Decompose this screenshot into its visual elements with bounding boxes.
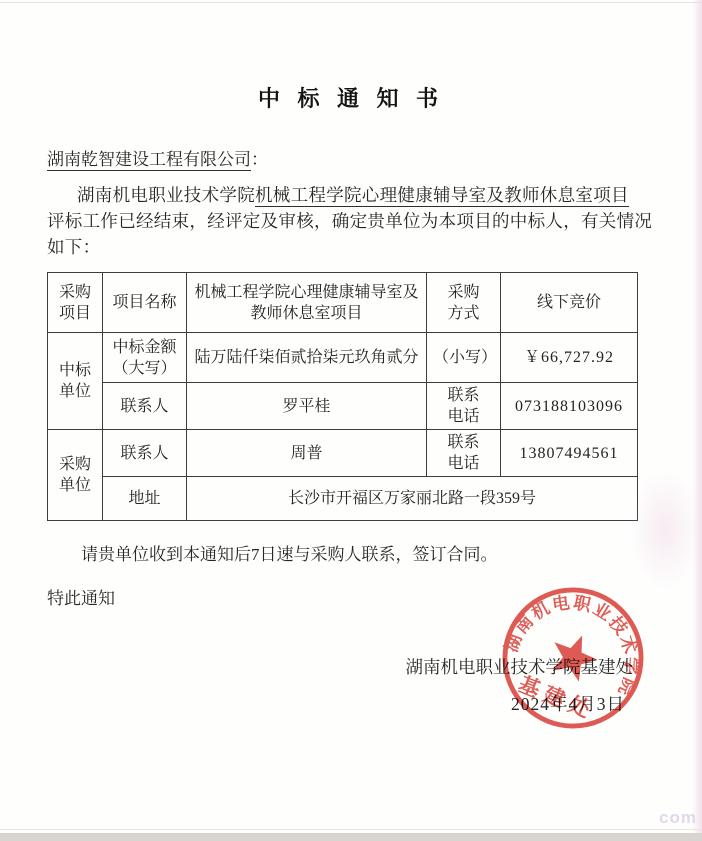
cell-purchaser-phone-label: 联系 电话 xyxy=(427,430,501,477)
scan-edge-bottom-faint xyxy=(0,829,702,830)
table-row: 联系人 罗平桂 联系 电话 073188103096 xyxy=(48,383,638,430)
buyer-name: 湖南机电职业技术学院 xyxy=(77,185,255,205)
cell-winner-contact-name: 罗平桂 xyxy=(187,383,427,430)
project-name-underlined: 机械工程学院心理健康辅导室及教师休息室项目 xyxy=(255,185,629,207)
cell-purchaser-phone-value: 13807494561 xyxy=(501,430,638,477)
recipient-colon: ： xyxy=(251,150,268,169)
table-row: 地址 长沙市开福区万家丽北路一段359号 xyxy=(48,477,638,521)
recipient-name: 湖南乾智建设工程有限公司 xyxy=(47,150,251,171)
cell-method-label: 采购 方式 xyxy=(427,273,501,333)
paragraph-line-2: 评标工作已经结束，经评定及审核，确定贵单位为本项目的中标人，有关情况 xyxy=(47,208,655,234)
cell-project-name-label: 项目名称 xyxy=(103,273,187,333)
cell-amount-words: 陆万陆仟柒佰贰拾柒元玖角贰分 xyxy=(187,333,427,383)
cell-address-value: 长沙市开福区万家丽北路一段359号 xyxy=(187,477,638,521)
paragraph-line-3: 如下： xyxy=(47,234,655,260)
cell-project-name-value: 机械工程学院心理健康辅导室及教师休息室项目 xyxy=(187,273,427,333)
cell-purchaser-group-label: 采购 单位 xyxy=(48,430,103,521)
cell-winner-group-label: 中标 单位 xyxy=(48,333,103,430)
date-line: 2024年4月3日 xyxy=(47,692,655,716)
final-notice: 特此通知 xyxy=(47,587,655,611)
cell-address-label: 地址 xyxy=(103,477,187,521)
issuer-line: 湖南机电职业技术学院基建处 xyxy=(47,655,655,679)
cell-winner-phone-label: 联系 电话 xyxy=(427,383,501,430)
scan-edge-right xyxy=(692,0,702,841)
recipient-line: 湖南乾智建设工程有限公司： xyxy=(47,148,655,172)
signature-block: 湖南机电职业技术学院基建处 2024年4月3日 xyxy=(47,655,655,716)
cell-amount-small-label: （小写） xyxy=(427,333,501,383)
closing-line: 请贵单位收到本通知后7日速与采购人联系，签订合同。 xyxy=(47,543,655,567)
cell-purchaser-contact-label: 联系人 xyxy=(103,430,187,477)
cell-amount-label: 中标金额 （大写） xyxy=(103,333,187,383)
award-info-table: 采购 项目 项目名称 机械工程学院心理健康辅导室及教师休息室项目 采购 方式 线… xyxy=(47,272,638,521)
scan-artifact-blob xyxy=(630,470,700,590)
table-row: 采购 单位 联系人 周普 联系 电话 13807494561 xyxy=(48,430,638,477)
scan-edge-bottom xyxy=(0,833,702,841)
cell-winner-phone-value: 073188103096 xyxy=(501,383,638,430)
table-row: 采购 项目 项目名称 机械工程学院心理健康辅导室及教师休息室项目 采购 方式 线… xyxy=(48,273,638,333)
document-page: 中 标 通 知 书 湖南乾智建设工程有限公司： 湖南机电职业技术学院机械工程学院… xyxy=(0,0,702,841)
cell-winner-contact-label: 联系人 xyxy=(103,383,187,430)
cell-amount-value: ￥66,727.92 xyxy=(501,333,638,383)
cell-procurement-project-label: 采购 项目 xyxy=(48,273,103,333)
document-content: 中 标 通 知 书 湖南乾智建设工程有限公司： 湖南机电职业技术学院机械工程学院… xyxy=(0,0,702,716)
paragraph-line-1: 湖南机电职业技术学院机械工程学院心理健康辅导室及教师休息室项目 xyxy=(47,182,655,208)
cell-purchaser-contact-name: 周普 xyxy=(187,430,427,477)
page-title: 中 标 通 知 书 xyxy=(47,0,655,112)
cell-method-value: 线下竞价 xyxy=(501,273,638,333)
table-row: 中标 单位 中标金额 （大写） 陆万陆仟柒佰贰拾柒元玖角贰分 （小写） ￥66,… xyxy=(48,333,638,383)
body-paragraph: 湖南机电职业技术学院机械工程学院心理健康辅导室及教师休息室项目 评标工作已经结束… xyxy=(47,182,655,260)
